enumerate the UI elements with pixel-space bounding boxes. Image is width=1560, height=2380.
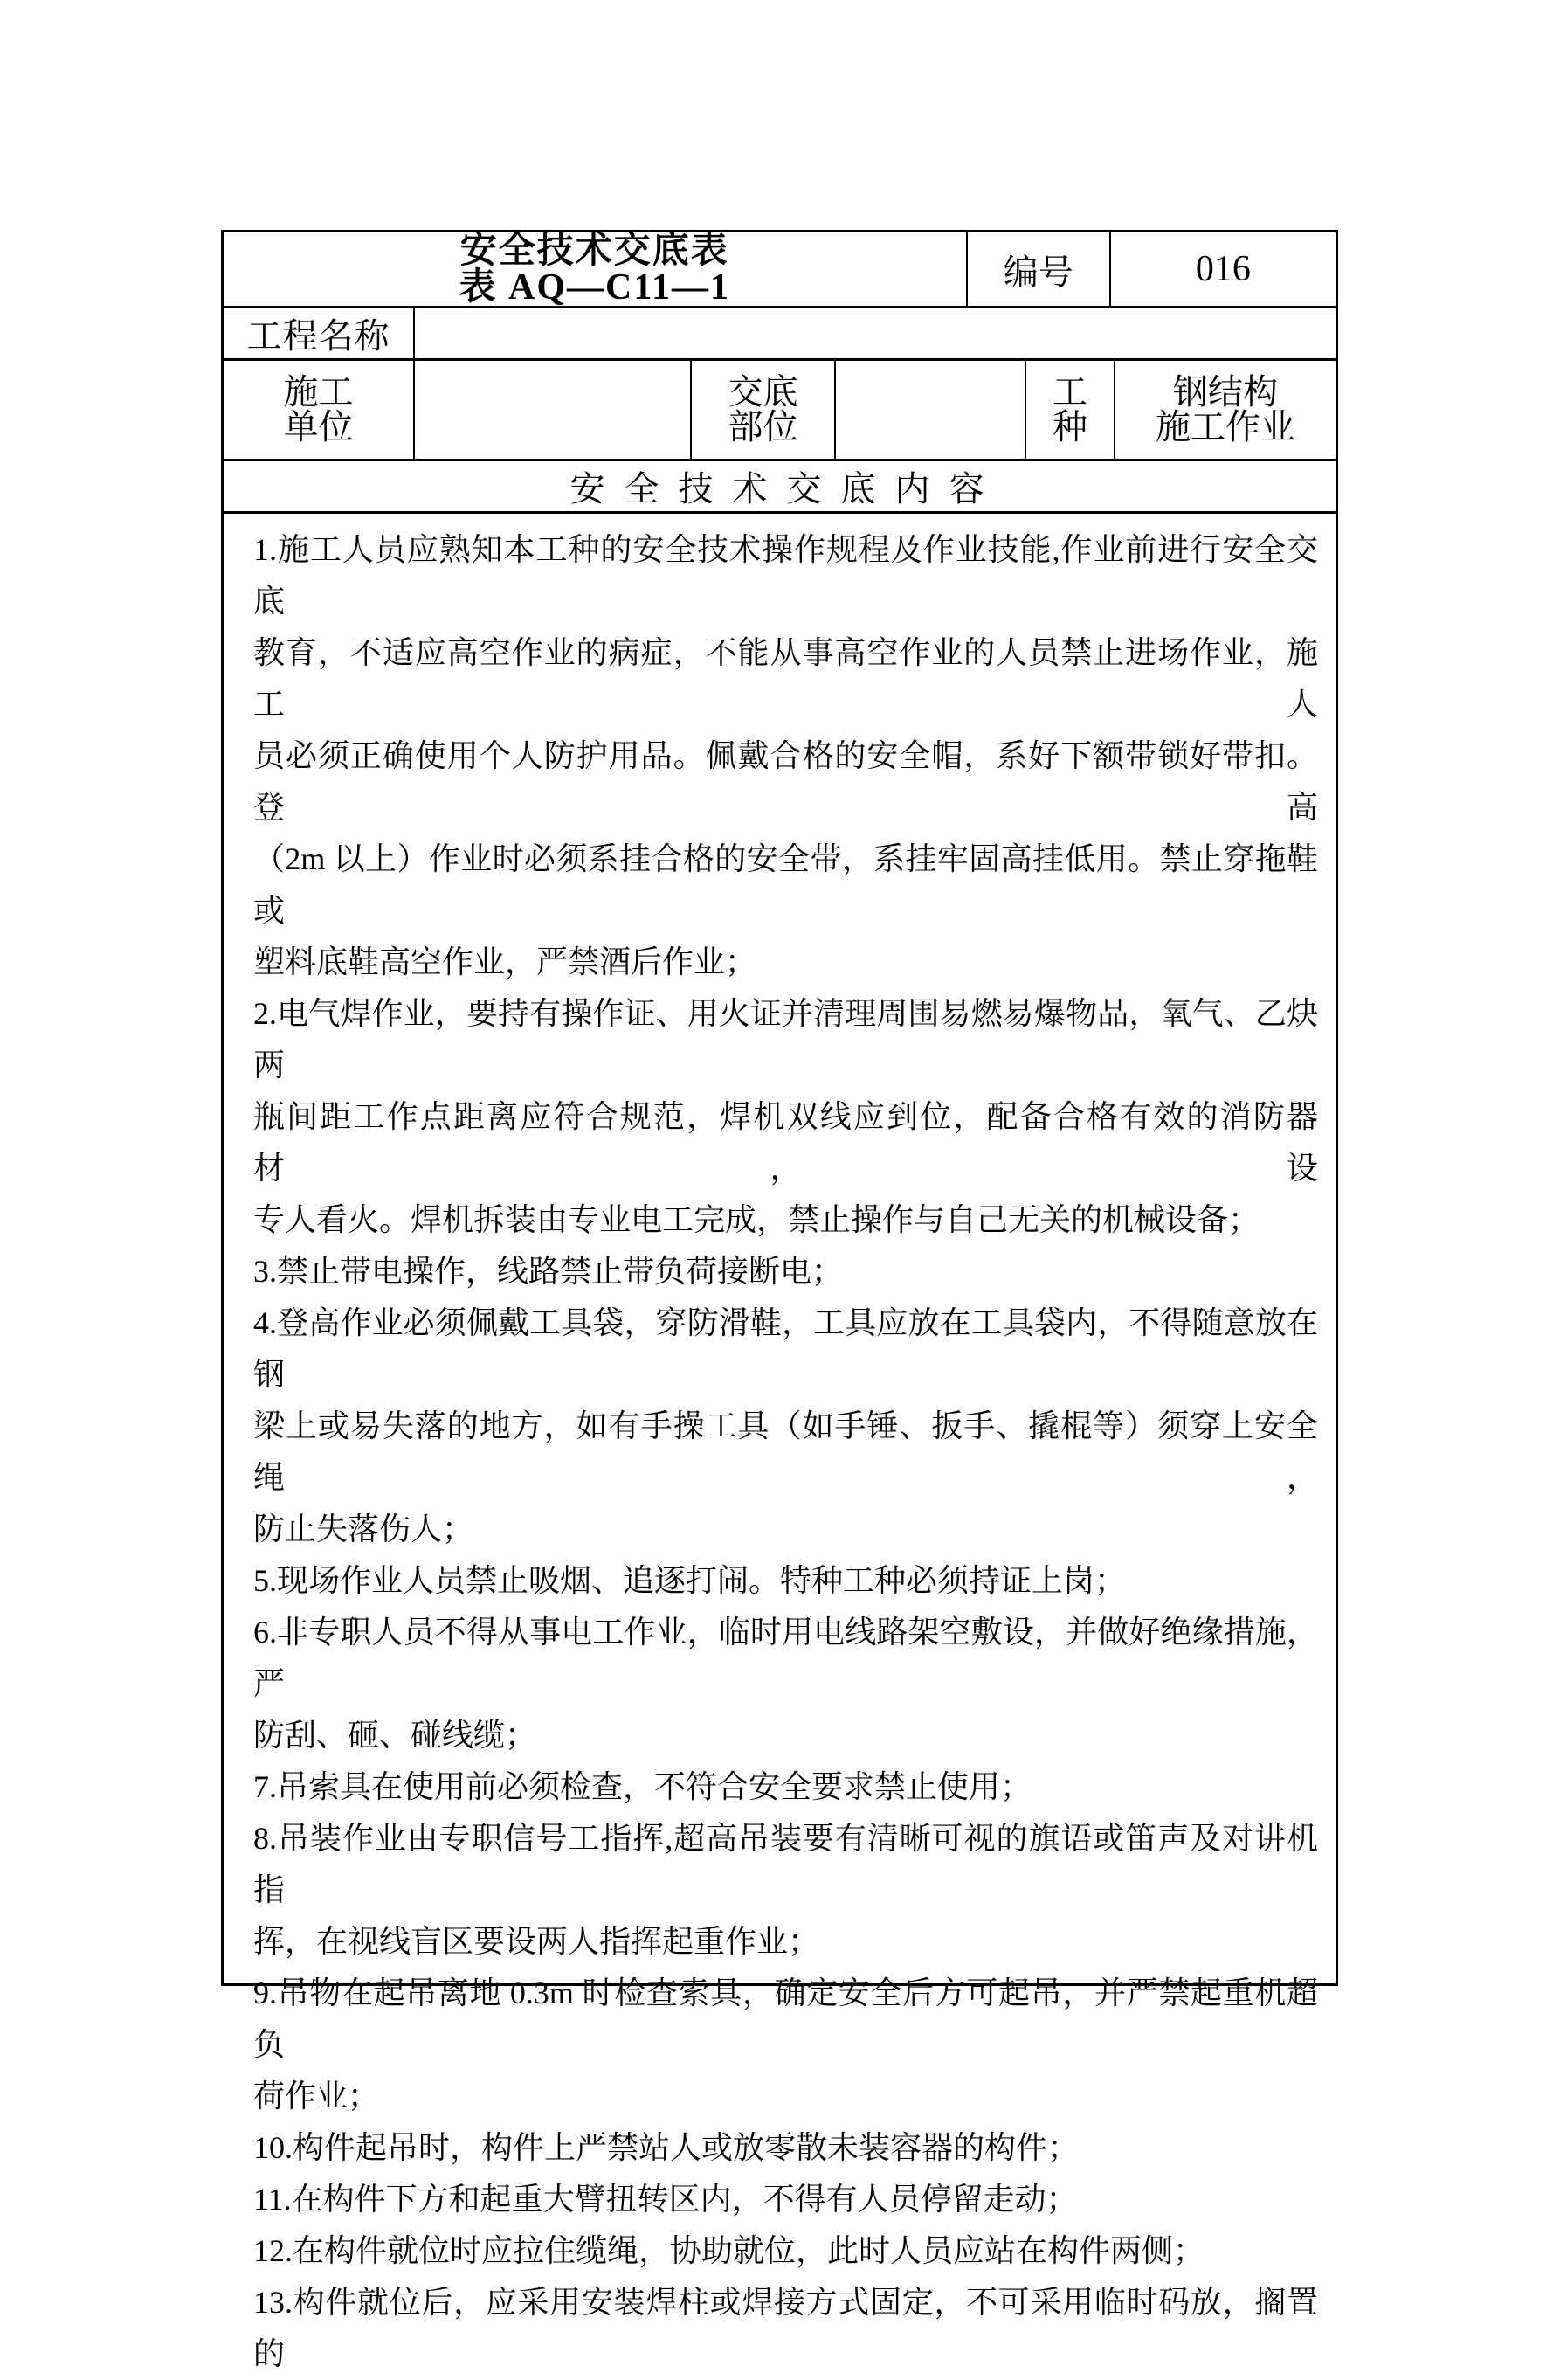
- safety-disclosure-table: 安全技术交底表 表 AQ—C11—1 编号 016 工程名称 施工 单位 交底 …: [221, 230, 1338, 1986]
- content-line: 教育，不适应高空作业的病症，不能从事高空作业的人员禁止进场作业，施工人: [253, 627, 1318, 730]
- work-type-label-line2: 种: [1053, 410, 1087, 445]
- project-name-row: 工程名称: [224, 308, 1336, 361]
- content-line: 8.吊装作业由专职信号工指挥,超高吊装要有清晰可视的旗语或笛声及对讲机指: [253, 1813, 1318, 1916]
- form-title-cell: 安全技术交底表 表 AQ—C11—1: [224, 232, 968, 306]
- content-header: 安 全 技 术 交 底 内 容: [224, 461, 1336, 511]
- info-row: 施工 单位 交底 部位 工 种 钢结构 施工作业: [224, 361, 1336, 461]
- content-line: （2m 以上）作业时必须系挂合格的安全带，系挂牢固高挂低用。禁止穿拖鞋或: [253, 834, 1318, 937]
- content-line: 挥，在视线盲区要设两人指挥起重作业；: [253, 1916, 1318, 1968]
- content-line: 防止失落伤人；: [253, 1504, 1318, 1555]
- content-line: 9.吊物在起吊离地 0.3m 时检查索具，确定安全后方可起吊，并严禁起重机超负: [253, 1968, 1318, 2071]
- content-line: 员必须正确使用个人防护用品。佩戴合格的安全帽，系好下额带锁好带扣。登高: [253, 730, 1318, 834]
- content-line: 5.现场作业人员禁止吸烟、追逐打闹。特种工种必须持证上岗；: [253, 1555, 1318, 1607]
- content-line: 11.在构件下方和起重大臂扭转区内，不得有人员停留走动；: [253, 2174, 1318, 2225]
- work-type-label-line1: 工: [1053, 375, 1087, 410]
- content-line: 10.构件起吊时，构件上严禁站人或放零散未装容器的构件；: [253, 2122, 1318, 2174]
- construction-unit-label-line2: 单位: [283, 410, 353, 445]
- disclosure-part-label-line2: 部位: [728, 410, 798, 445]
- project-name-value-cell[interactable]: [415, 308, 1336, 358]
- content-lines: 1.施工人员应熟知本工种的安全技术操作规程及作业技能,作业前进行安全交底教育，不…: [253, 524, 1318, 2380]
- content-line: 12.在构件就位时应拉住缆绳，协助就位，此时人员应站在构件两侧；: [253, 2225, 1318, 2277]
- content-line: 梁上或易失落的地方，如有手操工具（如手锤、扳手、撬棍等）须穿上安全绳，: [253, 1401, 1318, 1504]
- document-page: { "colors":{"text":"#000000","border":"#…: [0, 0, 1560, 2207]
- content-row: 1.施工人员应熟知本工种的安全技术操作规程及作业技能,作业前进行安全交底教育，不…: [224, 514, 1336, 2380]
- form-title: 安全技术交底表: [460, 232, 729, 269]
- project-name-label: 工程名称: [224, 308, 415, 358]
- content-line: 7.吊索具在使用前必须检查，不符合安全要求禁止使用；: [253, 1761, 1318, 1813]
- disclosure-part-value-cell[interactable]: [836, 361, 1026, 459]
- content-line: 6.非专职人员不得从事电工作业，临时用电线路架空敷设，并做好绝缘措施，严: [253, 1607, 1318, 1710]
- work-type-value-line2: 施工作业: [1156, 410, 1295, 445]
- content-line: 塑料底鞋高空作业，严禁酒后作业；: [253, 937, 1318, 988]
- construction-unit-value-cell[interactable]: [415, 361, 692, 459]
- content-line: 13.构件就位后，应采用安装焊柱或焊接方式固定，不可采用临时码放，搁置的: [253, 2277, 1318, 2380]
- form-code: 表 AQ—C11—1: [459, 269, 731, 306]
- number-value: 016: [1111, 232, 1336, 306]
- content-line: 3.禁止带电操作，线路禁止带负荷接断电；: [253, 1246, 1318, 1297]
- content-line: 2.电气焊作业，要持有操作证、用火证并清理周围易燃易爆物品，氧气、乙炔两: [253, 988, 1318, 1091]
- content-header-row: 安 全 技 术 交 底 内 容: [224, 461, 1336, 514]
- work-type-label: 工 种: [1026, 361, 1115, 459]
- disclosure-part-label-line1: 交底: [728, 375, 798, 410]
- construction-unit-label-line1: 施工: [283, 375, 353, 410]
- content-line: 荷作业；: [253, 2071, 1318, 2122]
- number-label: 编号: [968, 232, 1111, 306]
- work-type-value-line1: 钢结构: [1173, 375, 1278, 410]
- work-type-value: 钢结构 施工作业: [1115, 361, 1336, 459]
- content-line: 瓶间距工作点距离应符合规范，焊机双线应到位，配备合格有效的消防器材，设: [253, 1091, 1318, 1194]
- content-line: 1.施工人员应熟知本工种的安全技术操作规程及作业技能,作业前进行安全交底: [253, 524, 1318, 627]
- construction-unit-label: 施工 单位: [224, 361, 415, 459]
- content-line: 专人看火。焊机拆装由专业电工完成，禁止操作与自己无关的机械设备；: [253, 1194, 1318, 1246]
- content-line: 4.登高作业必须佩戴工具袋，穿防滑鞋，工具应放在工具袋内，不得随意放在钢: [253, 1297, 1318, 1401]
- title-row: 安全技术交底表 表 AQ—C11—1 编号 016: [224, 232, 1336, 308]
- content-cell: 1.施工人员应熟知本工种的安全技术操作规程及作业技能,作业前进行安全交底教育，不…: [224, 514, 1336, 2380]
- disclosure-part-label: 交底 部位: [692, 361, 836, 459]
- content-line: 防刮、砸、碰线缆；: [253, 1710, 1318, 1761]
